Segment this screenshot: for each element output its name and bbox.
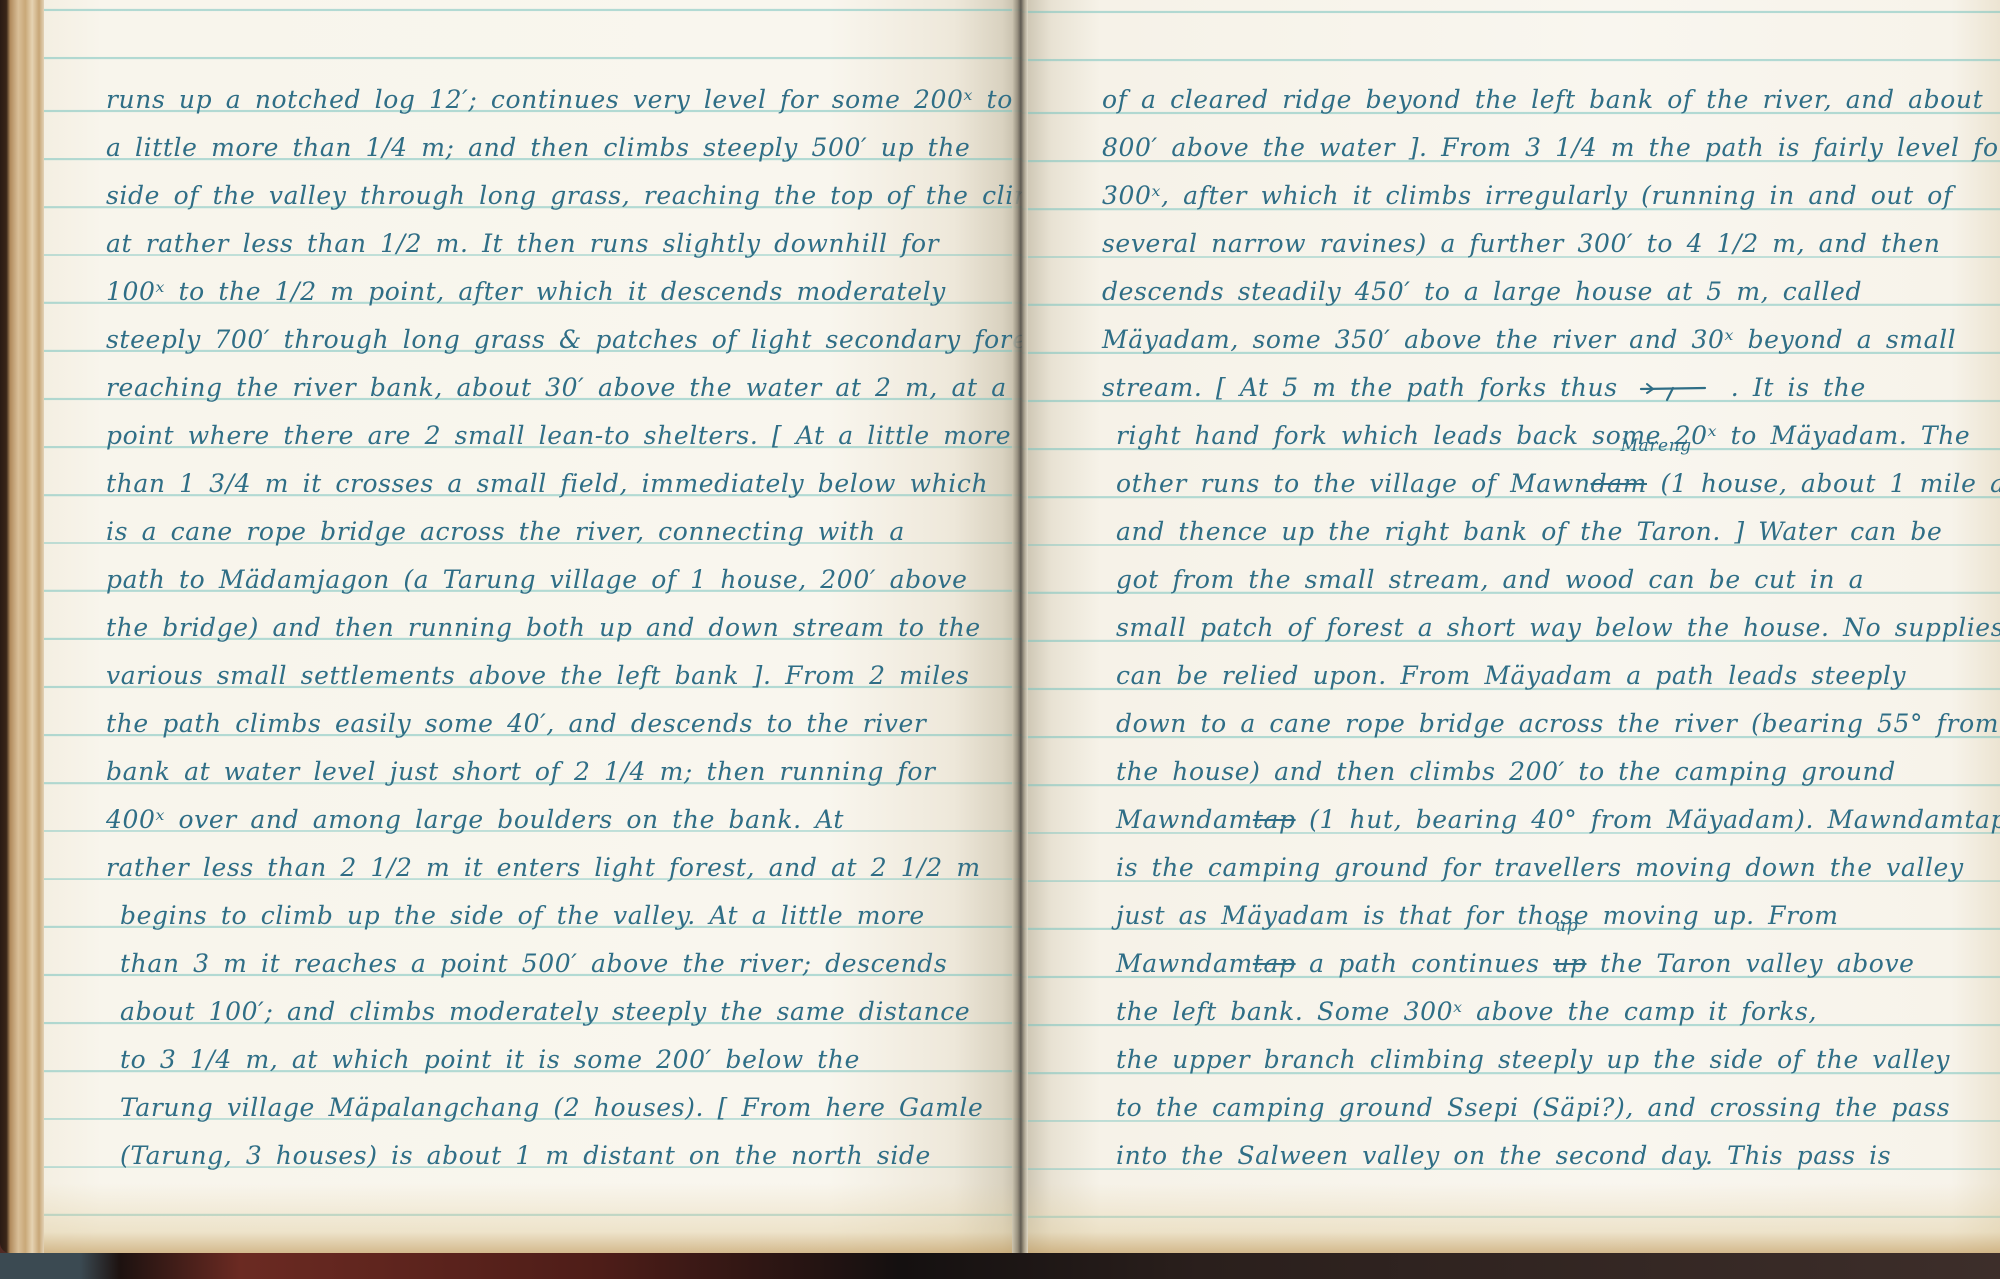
text-line: several narrow ravines) a further 300′ t… <box>1102 220 1982 268</box>
text-line: the upper branch climbing steeply up the… <box>1102 1036 1982 1084</box>
text-fragment: Mawndam <box>1116 949 1253 978</box>
text-line: the house) and then climbs 200′ to the c… <box>1102 748 1982 796</box>
inserted-text: up <box>1555 918 1578 935</box>
text-line: runs up a notched log 12′; continues ver… <box>106 76 986 124</box>
text-line: down to a cane rope bridge across the ri… <box>1102 700 1982 748</box>
text-fragment: . It is the <box>1731 373 1866 402</box>
left-page-text: runs up a notched log 12′; continues ver… <box>106 76 986 1180</box>
text-line: Mawndamtap (1 hut, bearing 40° from Mäya… <box>1102 796 1982 844</box>
text-line: Mäyadam, some 350′ above the river and 3… <box>1102 316 1982 364</box>
text-line: stream. [ At 5 m the path forks thus . I… <box>1102 364 1982 412</box>
text-line: of a cleared ridge beyond the left bank … <box>1102 76 1982 124</box>
text-line: just as Mäyadam is that for those moving… <box>1102 892 1982 940</box>
text-line: small patch of forest a short way below … <box>1102 604 1982 652</box>
table-surface <box>0 1253 2000 1279</box>
struck-text: dam <box>1591 469 1647 498</box>
text-line: (Tarung, 3 houses) is about 1 m distant … <box>106 1132 986 1180</box>
book-gutter <box>1012 0 1028 1253</box>
text-line: the left bank. Some 300ˣ above the camp … <box>1102 988 1982 1036</box>
text-line: at rather less than 1/2 m. It then runs … <box>106 220 986 268</box>
text-fragment: Mawndam <box>1116 805 1253 834</box>
text-line: various small settlements above the left… <box>106 652 986 700</box>
text-fragment: other runs to the village of Mawn <box>1116 469 1591 498</box>
text-line: Tarung village Mäpalangchang (2 houses).… <box>106 1084 986 1132</box>
text-line: 400ˣ over and among large boulders on th… <box>106 796 986 844</box>
text-line: 300ˣ, after which it climbs irregularly … <box>1102 172 1982 220</box>
text-line: other runs to the village of MawndamMare… <box>1102 460 1982 508</box>
text-line: into the Salween valley on the second da… <box>1102 1132 1982 1180</box>
text-fragment: (1 house, about 1 mile away) <box>1661 469 2000 498</box>
text-line: steeply 700′ through long grass & patche… <box>106 316 986 364</box>
text-fragment: the Taron valley above <box>1600 949 1915 978</box>
page-stain <box>1022 1183 2000 1253</box>
struck-text: tap <box>1253 805 1296 834</box>
right-page-text: of a cleared ridge beyond the left bank … <box>1102 76 1982 1180</box>
text-line: 800′ above the water ]. From 3 1/4 m the… <box>1102 124 1982 172</box>
text-line: begins to climb up the side of the valle… <box>106 892 986 940</box>
text-line: got from the small stream, and wood can … <box>1102 556 1982 604</box>
text-line: right hand fork which leads back some 20… <box>1102 412 1982 460</box>
text-line: 100ˣ to the 1/2 m point, after which it … <box>106 268 986 316</box>
text-line: point where there are 2 small lean-to sh… <box>106 412 986 460</box>
text-line: the bridge) and then running both up and… <box>106 604 986 652</box>
text-line: and thence up the right bank of the Taro… <box>1102 508 1982 556</box>
text-line: than 1 3/4 m it crosses a small field, i… <box>106 460 986 508</box>
notebook-scene: runs up a notched log 12′; continues ver… <box>0 0 2000 1279</box>
path-fork-icon <box>1639 380 1709 400</box>
text-fragment: a path continues <box>1309 949 1539 978</box>
left-page: runs up a notched log 12′; continues ver… <box>44 0 1022 1253</box>
text-line: is a cane rope bridge across the river, … <box>106 508 986 556</box>
text-line: to 3 1/4 m, at which point it is some 20… <box>106 1036 986 1084</box>
page-stain <box>44 1183 1022 1253</box>
inserted-text: Mareng <box>1621 438 1692 455</box>
text-line: is the camping ground for travellers mov… <box>1102 844 1982 892</box>
text-line: Mawndamtap a path continues upup the Tar… <box>1102 940 1982 988</box>
struck-text: tap <box>1253 949 1296 978</box>
text-line: than 3 m it reaches a point 500′ above t… <box>106 940 986 988</box>
text-line: can be relied upon. From Mäyadam a path … <box>1102 652 1982 700</box>
text-line: the path climbs easily some 40′, and des… <box>106 700 986 748</box>
text-line: rather less than 2 1/2 m it enters light… <box>106 844 986 892</box>
right-page: of a cleared ridge beyond the left bank … <box>1022 0 2000 1253</box>
text-line: path to Mädamjagon (a Tarung village of … <box>106 556 986 604</box>
correction-insert: damMareng <box>1591 460 1647 508</box>
text-line: descends steadily 450′ to a large house … <box>1102 268 1982 316</box>
correction-insert: upup <box>1553 940 1586 988</box>
book-page-edges <box>0 0 46 1253</box>
text-line: side of the valley through long grass, r… <box>106 172 986 220</box>
text-fragment: stream. [ At 5 m the path forks thus <box>1102 373 1618 402</box>
text-line: about 100′; and climbs moderately steepl… <box>106 988 986 1036</box>
text-line: a little more than 1/4 m; and then climb… <box>106 124 986 172</box>
text-line: to the camping ground Ssepi (Säpi?), and… <box>1102 1084 1982 1132</box>
struck-text: up <box>1553 949 1586 978</box>
text-line: reaching the river bank, about 30′ above… <box>106 364 986 412</box>
text-fragment: (1 hut, bearing 40° from Mäyadam). Mawnd… <box>1309 805 2000 834</box>
text-line: bank at water level just short of 2 1/4 … <box>106 748 986 796</box>
